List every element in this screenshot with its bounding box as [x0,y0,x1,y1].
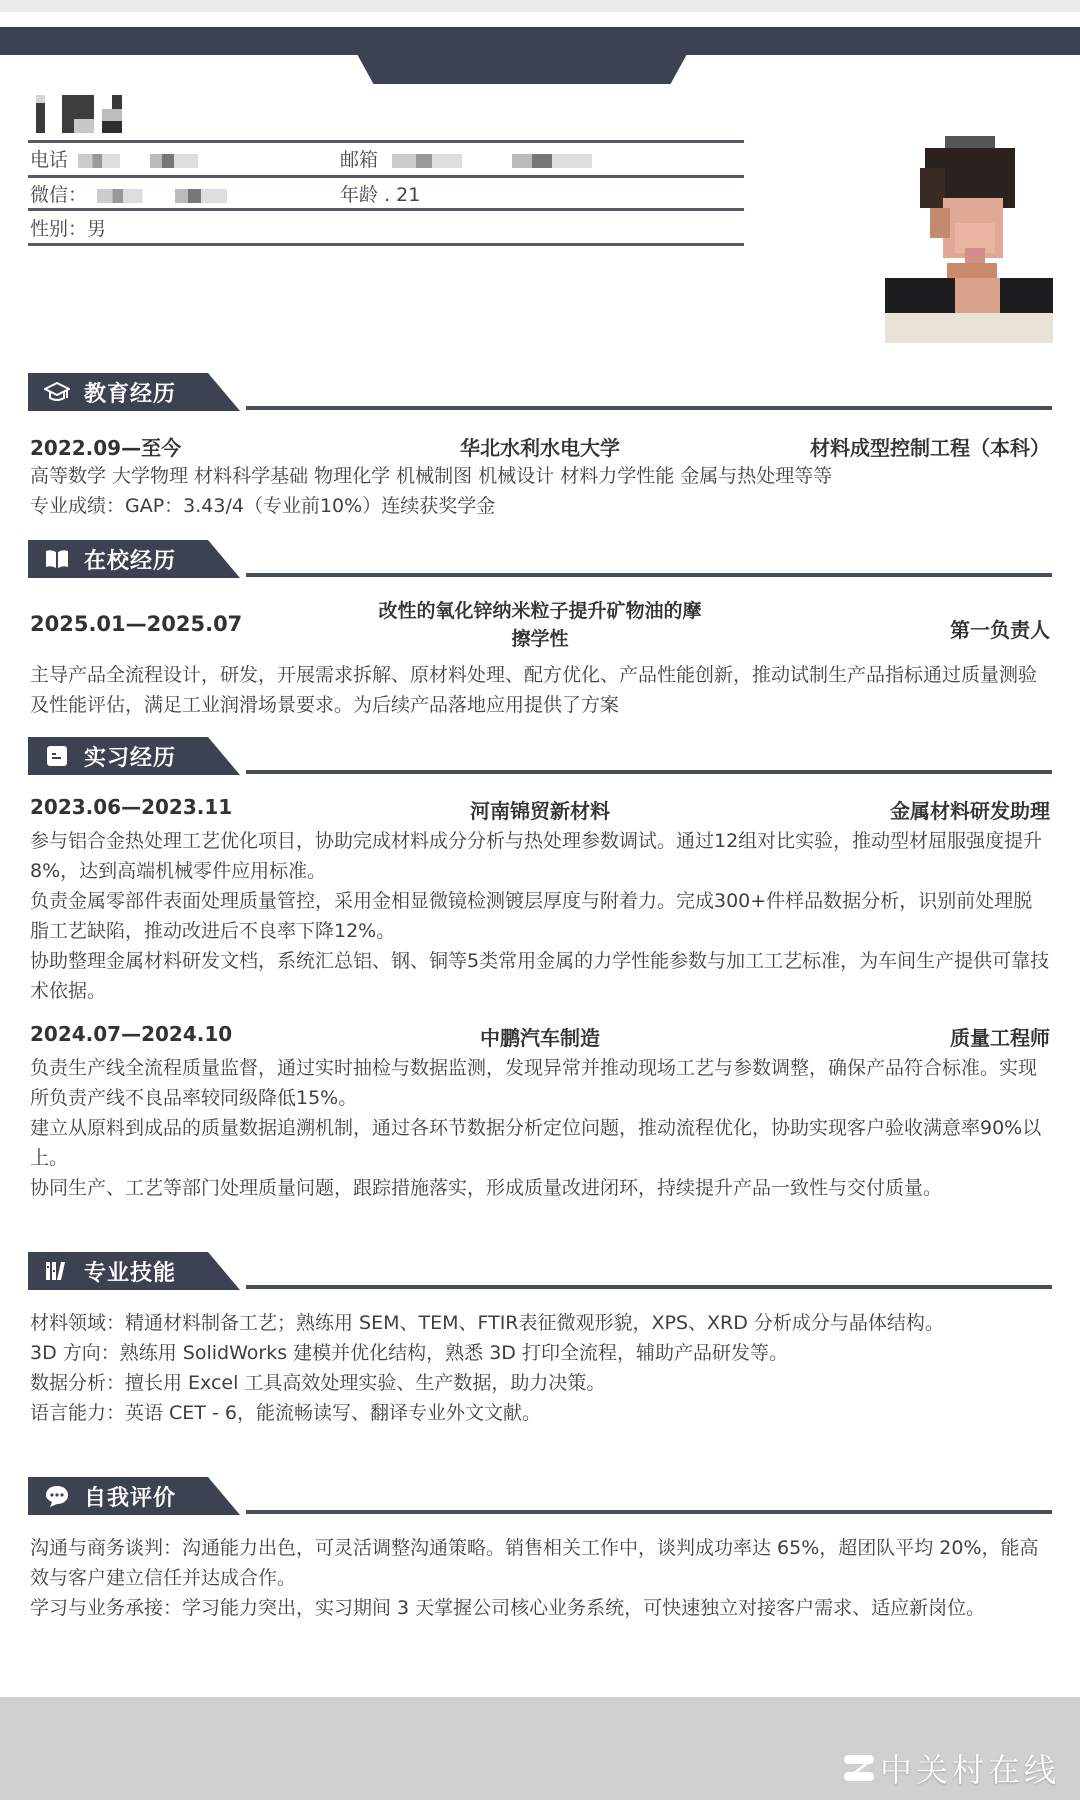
job-bullet: 负责生产线全流程质量监督，通过实时抽检与数据监测，发现异常并推动现场工艺与参数调… [30,1053,1050,1113]
job-row: 2023.06—2023.11 河南锦贸新材料 金属材料研发助理 [30,795,1050,823]
self-eval-item: 沟通与商务谈判：沟通能力出色，可灵活调整沟通策略。销售相关工作中，谈判成功率达 … [30,1533,1050,1593]
email-redacted [392,154,592,168]
section-title: 教育经历 [84,377,176,408]
watermark: 中关村在线 [842,1745,1060,1791]
info-divider [28,208,744,211]
books-icon [42,1259,72,1283]
job-bullets: 参与铝合金热处理工艺优化项目，协助完成材料成分分析与热处理参数调试。通过12组对… [30,826,1050,1006]
email-row: 邮箱 [340,145,592,172]
job-company: 中鹏汽车制造 [30,1022,1050,1051]
section-tab: 在校经历 [28,540,240,578]
footer-bar: 中关村在线 [0,1697,1080,1800]
top-strip [0,0,1080,12]
phone-row: 电话 [30,145,198,172]
skill-item: 语言能力：英语 CET - 6，能流畅读写、翻译专业外文文献。 [30,1398,1050,1428]
self-eval-list: 沟通与商务谈判：沟通能力出色，可灵活调整沟通策略。销售相关工作中，谈判成功率达 … [30,1533,1050,1623]
skill-item: 数据分析：擅长用 Excel 工具高效处理实验、生产数据，助力决策。 [30,1368,1050,1398]
job-bullet: 负责金属零部件表面处理质量管控，采用金相显微镜检测镀层厚度与附着力。完成300+… [30,886,1050,946]
section-rule [246,1510,1052,1514]
phone-redacted [78,154,198,168]
skill-item: 材料领域：精通材料制备工艺；熟练用 SEM、TEM、FTIR表征微观形貌，XPS… [30,1308,1050,1338]
section-rule [246,406,1052,410]
section-header-skills: 专业技能 [28,1252,1052,1292]
phone-label: 电话 [30,149,68,171]
section-title: 自我评价 [84,1481,176,1512]
section-rule [246,573,1052,577]
profile-photo [885,128,1053,343]
skills-list: 材料领域：精通材料制备工艺；熟练用 SEM、TEM、FTIR表征微观形貌，XPS… [30,1308,1050,1428]
campus-period: 2025.01—2025.07 [30,612,242,636]
age-value: . 21 [384,184,420,206]
section-rule [246,1285,1052,1289]
education-details: 高等数学 大学物理 材料科学基础 物理化学 机械制图 机械设计 材料力学性能 金… [30,461,1050,521]
job-role: 金属材料研发助理 [890,795,1050,824]
skill-item: 3D 方向：熟练用 SolidWorks 建模并优化结构，熟悉 3D 打印全流程… [30,1338,1050,1368]
job-bullet: 参与铝合金热处理工艺优化项目，协助完成材料成分分析与热处理参数调试。通过12组对… [30,826,1050,886]
info-divider [28,175,744,178]
self-eval-item: 学习与业务承接：学习能力突出，实习期间 3 天掌握公司核心业务系统，可快速独立对… [30,1593,1050,1623]
job-row: 2024.07—2024.10 中鹏汽车制造 质量工程师 [30,1022,1050,1050]
campus-role: 第一负责人 [950,614,1050,643]
section-tab: 教育经历 [28,373,240,411]
watermark-text: 中关村在线 [880,1745,1060,1791]
section-tab: 专业技能 [28,1252,240,1290]
section-title: 在校经历 [84,544,176,575]
section-rule [246,770,1052,774]
section-header-campus: 在校经历 [28,540,1052,580]
campus-project-line2: 擦学性 [300,625,780,653]
section-tab: 实习经历 [28,737,240,775]
name-redacted [26,95,146,133]
info-divider [28,243,744,246]
email-label: 邮箱 [340,149,378,171]
job-bullet: 建立从原料到成品的质量数据追溯机制，通过各环节数据分析定位问题，推动流程优化，协… [30,1113,1050,1173]
age-row: 年龄 . 21 [340,180,420,207]
campus-desc: 主导产品全流程设计，研发，开展需求拆解、原材料处理、配方优化、产品性能创新，推动… [30,660,1050,720]
zol-logo-icon [842,1753,876,1783]
job-bullets: 负责生产线全流程质量监督，通过实时抽检与数据监测，发现异常并推动现场工艺与参数调… [30,1053,1050,1203]
briefcase-icon [42,744,72,768]
education-courses: 高等数学 大学物理 材料科学基础 物理化学 机械制图 机械设计 材料力学性能 金… [30,461,1050,491]
gender-row: 性别：男 [30,214,106,241]
education-major: 材料成型控制工程（本科） [810,432,1050,461]
section-header-education: 教育经历 [28,373,1052,413]
gender-value: 男 [87,218,106,240]
wechat-redacted [97,189,227,203]
wechat-label: 微信： [30,184,87,206]
job-role: 质量工程师 [950,1022,1050,1051]
education-grade: 专业成绩：GAP：3.43/4（专业前10%）连续获奖学金 [30,491,1050,521]
campus-project-line1: 改性的氧化锌纳米粒子提升矿物油的摩 [300,597,780,625]
header-band [0,27,1080,55]
job-bullet: 协同生产、工艺等部门处理质量问题，跟踪措施落实，形成质量改进闭环，持续提升产品一… [30,1173,1050,1203]
section-title: 专业技能 [84,1256,176,1287]
book-icon [42,547,72,571]
section-title: 实习经历 [84,741,176,772]
section-tab: 自我评价 [28,1477,240,1515]
chat-bubble-icon [42,1484,72,1508]
job-bullet: 协助整理金属材料研发文档，系统汇总铝、钢、铜等5类常用金属的力学性能参数与加工工… [30,946,1050,1006]
header-band-tab [357,54,687,84]
section-header-self-eval: 自我评价 [28,1477,1052,1517]
education-row: 2022.09—至今 华北水利水电大学 材料成型控制工程（本科） [30,432,1050,460]
wechat-row: 微信： [30,180,227,207]
info-divider [28,140,744,143]
section-header-internship: 实习经历 [28,737,1052,777]
gender-label: 性别： [30,218,87,240]
campus-project: 改性的氧化锌纳米粒子提升矿物油的摩 擦学性 [300,597,780,653]
graduation-cap-icon [42,380,72,404]
age-label: 年龄 [340,184,378,206]
